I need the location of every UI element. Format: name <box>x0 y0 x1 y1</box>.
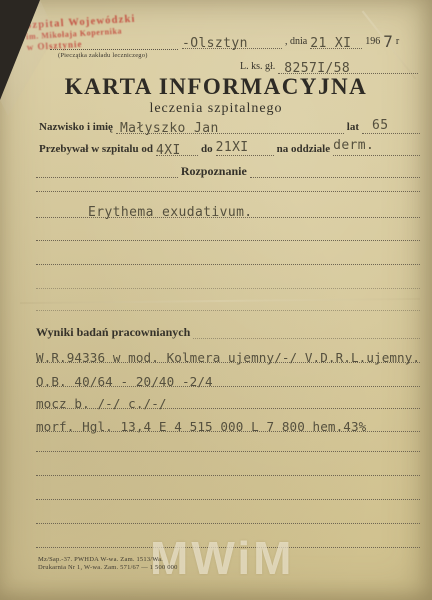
date-label: , dnia <box>282 35 310 49</box>
results-header-line <box>193 324 420 339</box>
stay-from-value: 4XI <box>156 144 181 157</box>
name-value: Małyszko Jan <box>116 122 219 135</box>
ward-value: derm. <box>333 139 374 152</box>
printer-imprint: Mz/Sap.-37. PWHDA W-wa. Zam. 1513/Wa. Dr… <box>38 556 178 573</box>
register-label: L. ks. gł. <box>237 60 278 74</box>
printer-imprint-line: Drukarnia Nr 1, W-wa. Zam. 571/67 — 1 50… <box>38 564 178 572</box>
lab-result-row: mocz b. /-/ c./-/ <box>36 392 420 409</box>
city-date-line: -Olsztyn , dnia 21 XI 196 7 r <box>182 30 420 49</box>
diagnosis-value: Erythema exudativum. <box>36 206 253 219</box>
stay-label-1: Przebywał w szpitalu od <box>36 142 156 156</box>
name-field: Małyszko Jan <box>116 119 344 134</box>
blank-line <box>36 475 420 476</box>
diagnosis-value-field: Erythema exudativum. <box>36 203 420 218</box>
diagnosis-label: Rozpoznanie <box>178 164 250 178</box>
document-page: Szpital Wojewódzki im. Mikołaja Kopernik… <box>0 0 432 600</box>
blank-line <box>36 288 420 289</box>
ward-field: derm. <box>333 141 420 156</box>
document-subtitle: leczenia szpitalnego <box>0 101 432 117</box>
lab-result-row: O.B. 40/64 - 20/40 -2/4 <box>36 370 420 387</box>
diagnosis-line-left <box>36 163 178 178</box>
blank-line <box>36 310 420 311</box>
lab-line-value: mocz b. /-/ c./-/ <box>36 397 167 410</box>
printer-imprint-line: Mz/Sap.-37. PWHDA W-wa. Zam. 1513/Wa. <box>38 556 178 564</box>
age-label: lat <box>344 120 362 134</box>
lab-result-row: W.R.94336 w mod. Kolmera ujemny/-/ V.D.R… <box>36 346 420 363</box>
stamp-caption: (Pieczątka zakładu leczniczego) <box>58 52 148 59</box>
register-line: L. ks. gł. 8257I/58 <box>237 59 418 74</box>
age-value: 65 <box>362 119 388 132</box>
stay-from-field: 4XI <box>156 141 198 156</box>
blank-line <box>36 264 420 265</box>
stay-to-value: 21XI <box>216 141 249 154</box>
diagnosis-line-right <box>250 163 420 178</box>
year-printed: 196 <box>362 35 383 49</box>
city-field: -Olsztyn <box>182 34 282 49</box>
name-label: Nazwisko i imię <box>36 120 116 134</box>
stay-label-2: do <box>198 142 216 156</box>
lab-line-value: O.B. 40/64 - 20/40 -2/4 <box>36 375 213 388</box>
lab-line-field: mocz b. /-/ c./-/ <box>36 394 420 409</box>
lab-line-field: W.R.94336 w mod. Kolmera ujemny/-/ V.D.R… <box>36 348 420 363</box>
date-field: 21 XI <box>310 34 362 49</box>
lab-line-value: W.R.94336 w mod. Kolmera ujemny/-/ V.D.R… <box>36 351 420 364</box>
blank-line <box>36 499 420 500</box>
lab-result-row: morf. Hgl. 13,4 E 4 515 000 L 7 800 hem.… <box>36 415 420 432</box>
diagnosis-header-row: Rozpoznanie <box>36 163 420 178</box>
age-field: 65 <box>362 119 420 134</box>
city-value: -Olsztyn <box>182 37 248 50</box>
register-field: 8257I/58 <box>278 59 418 74</box>
blank-line <box>36 191 420 192</box>
paper-crease <box>20 298 420 304</box>
stamp-caption-line <box>50 49 178 50</box>
date-value: 21 XI <box>310 37 351 50</box>
stay-row: Przebywał w szpitalu od 4XI do 21XI na o… <box>36 141 420 156</box>
document-title: KARTA INFORMACYJNA <box>0 74 432 100</box>
lab-line-field: O.B. 40/64 - 20/40 -2/4 <box>36 372 420 387</box>
blank-line <box>36 240 420 241</box>
results-label: Wyniki badań pracownianych <box>36 325 193 339</box>
stay-to-field: 21XI <box>216 141 274 156</box>
year-suffix: r <box>393 35 402 49</box>
year-written: 7 <box>383 32 393 51</box>
blank-line <box>36 523 420 524</box>
name-row: Nazwisko i imię Małyszko Jan lat 65 <box>36 119 420 134</box>
stay-label-3: na oddziale <box>274 142 333 156</box>
lab-line-value: morf. Hgl. 13,4 E 4 515 000 L 7 800 hem.… <box>36 420 366 433</box>
results-header-row: Wyniki badań pracownianych <box>36 324 420 339</box>
blank-line <box>36 451 420 452</box>
lab-line-field: morf. Hgl. 13,4 E 4 515 000 L 7 800 hem.… <box>36 417 420 432</box>
diagnosis-value-row: Erythema exudativum. <box>36 203 420 218</box>
